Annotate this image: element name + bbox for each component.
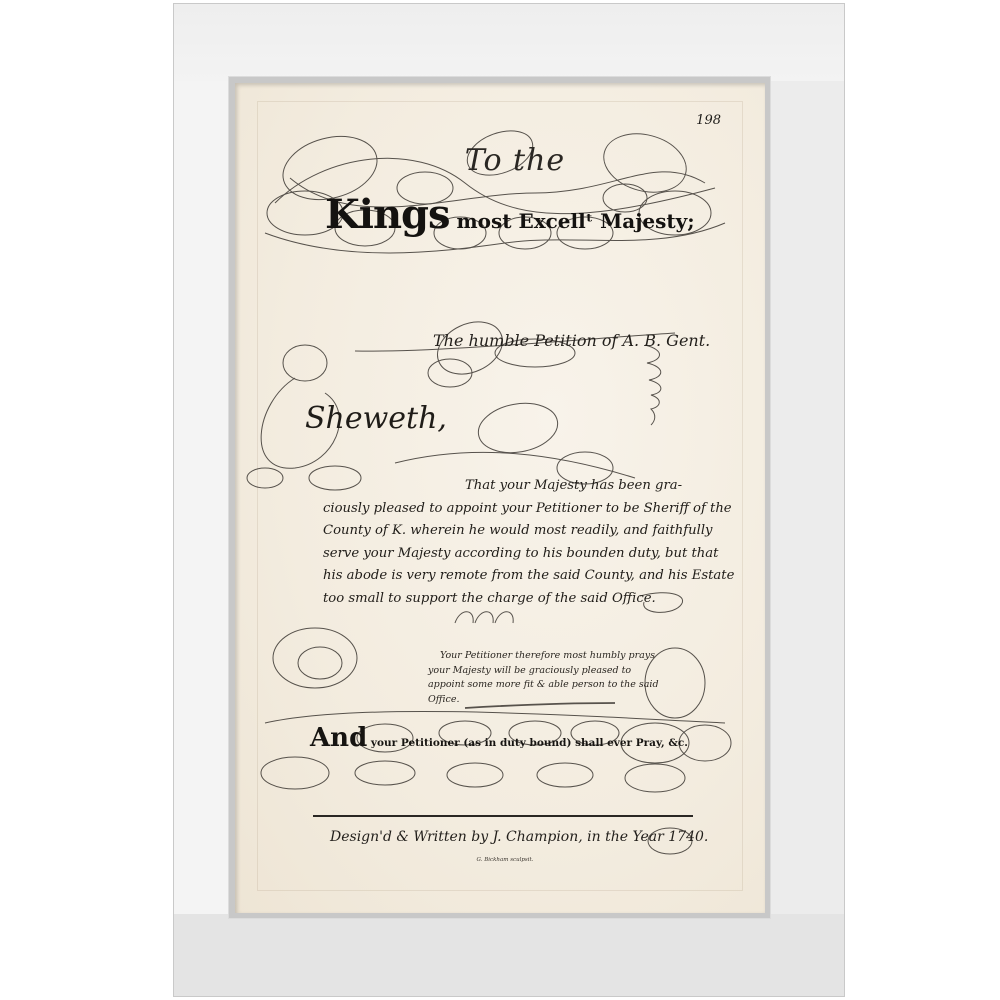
petition-title: The humble Petition of A. B. Gent. bbox=[433, 331, 710, 350]
prayer-line: your Majesty will be graciously pleased … bbox=[428, 664, 658, 679]
frame-right-rail bbox=[768, 4, 844, 996]
page-number: 198 bbox=[696, 113, 721, 128]
calligraphy-print: 198 To the Kings most Excellᵗ Majesty; T… bbox=[235, 83, 765, 913]
frame-bottom-rail bbox=[174, 914, 844, 996]
closing-line: And your Petitioner (as in duty bound) s… bbox=[310, 723, 688, 753]
closing-and: And bbox=[310, 723, 367, 753]
divider-rule bbox=[313, 815, 693, 817]
body-line: ciously pleased to appoint your Petition… bbox=[323, 498, 723, 521]
frame-top-rail bbox=[174, 4, 844, 81]
heading-kings: Kings bbox=[325, 191, 450, 238]
petition-body: That your Majesty has been gra- ciously … bbox=[323, 475, 723, 610]
body-line: That your Majesty has been gra- bbox=[323, 475, 723, 498]
body-line: serve your Majesty according to his boun… bbox=[323, 543, 723, 566]
signature-line: Design'd & Written by J. Champion, in th… bbox=[330, 829, 708, 845]
closing-rest: your Petitioner (as in duty bound) shall… bbox=[367, 737, 688, 749]
body-line: too small to support the charge of the s… bbox=[323, 588, 723, 611]
body-line: County of K. wherein he would most readi… bbox=[323, 520, 723, 543]
prayer-line: Your Petitioner therefore most humbly pr… bbox=[428, 649, 658, 664]
heading-address: Kings most Excellᵗ Majesty; bbox=[325, 191, 695, 238]
prayer-line: Office. bbox=[428, 693, 658, 708]
salutation: Sheweth, bbox=[305, 401, 447, 436]
prayer-paragraph: Your Petitioner therefore most humbly pr… bbox=[428, 649, 658, 707]
engraver-credit: G. Bickham sculpsit. bbox=[235, 857, 765, 863]
frame-left-rail bbox=[174, 4, 230, 996]
heading-majesty: most Excellᵗ Majesty; bbox=[450, 209, 695, 233]
heading-to-the: To the bbox=[235, 143, 765, 178]
body-line: his abode is very remote from the said C… bbox=[323, 565, 723, 588]
prayer-line: appoint some more fit & able person to t… bbox=[428, 678, 658, 693]
